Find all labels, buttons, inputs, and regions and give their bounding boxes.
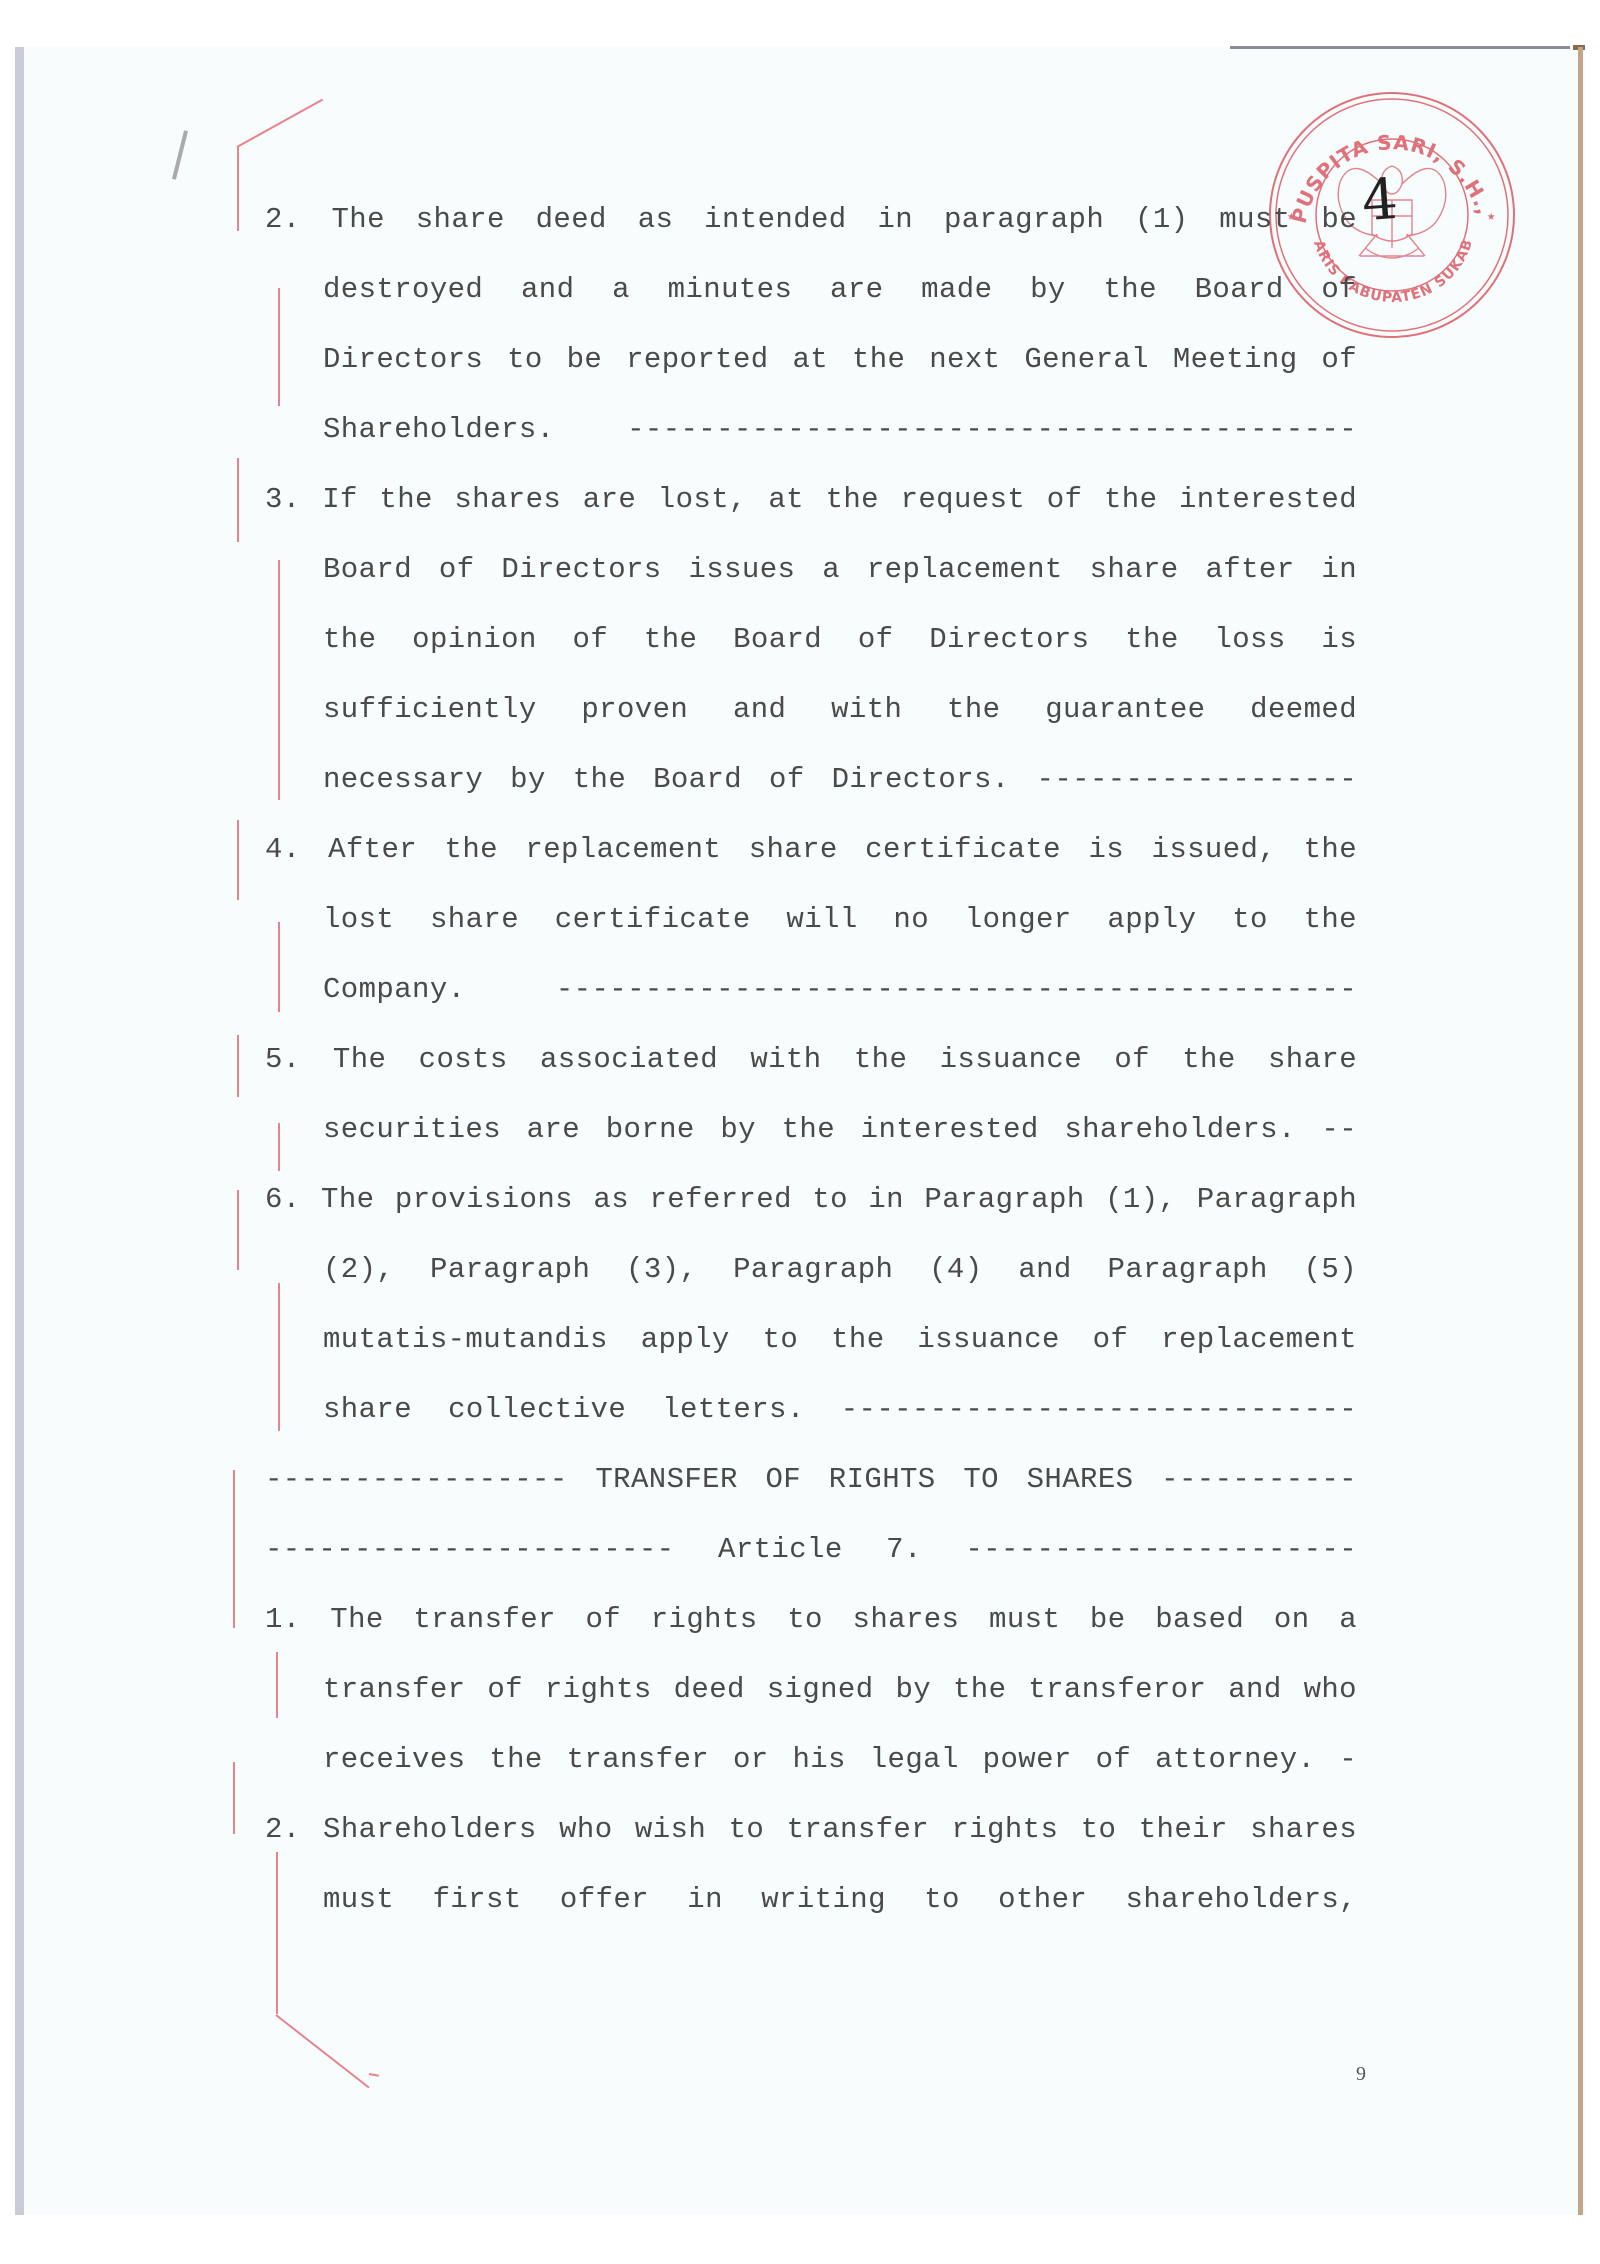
text-line: sufficiently proven and with the guarant…	[323, 693, 1357, 727]
text-line: Shareholders. --------------------------…	[323, 413, 1357, 447]
text-line: 2. The share deed as intended in paragra…	[265, 203, 1357, 237]
margin-mark	[278, 1123, 280, 1171]
text-line: lost share certificate will no longer ap…	[323, 903, 1357, 937]
text-line: 2. Shareholders who wish to transfer rig…	[265, 1813, 1357, 1847]
text-line: Company. -------------------------------…	[323, 973, 1357, 1007]
svg-text:★: ★	[1487, 209, 1496, 225]
margin-mark	[276, 1852, 278, 2014]
text-line: 6. The provisions as referred to in Para…	[265, 1183, 1357, 1217]
text-line: receives the transfer or his legal power…	[323, 1743, 1357, 1777]
text-line: 5. The costs associated with the issuanc…	[265, 1043, 1357, 1077]
text-line: share collective letters. --------------…	[323, 1393, 1357, 1427]
margin-mark	[237, 1190, 239, 1270]
margin-mark	[278, 1283, 280, 1431]
page-number: 9	[1356, 2063, 1366, 2086]
text-line: destroyed and a minutes are made by the …	[323, 273, 1357, 307]
page-left-edge	[15, 47, 24, 2215]
margin-mark	[237, 458, 239, 542]
text-line: must first offer in writing to other sha…	[323, 1883, 1357, 1917]
text-line: Directors to be reported at the next Gen…	[323, 343, 1357, 377]
text-line: the opinion of the Board of Directors th…	[323, 623, 1357, 657]
margin-mark	[237, 820, 239, 900]
text-line: transfer of rights deed signed by the tr…	[323, 1673, 1357, 1707]
margin-mark	[233, 1470, 235, 1628]
handwritten-page-mark: 4	[1360, 167, 1400, 234]
text-line: 1. The transfer of rights to shares must…	[265, 1603, 1357, 1637]
text-line: 3. If the shares are lost, at the reques…	[265, 483, 1357, 517]
page-right-edge	[1578, 47, 1583, 2215]
text-line: 4. After the replacement share certifica…	[265, 833, 1357, 867]
text-line: Board of Directors issues a replacement …	[323, 553, 1357, 587]
text-line: securities are borne by the interested s…	[323, 1113, 1357, 1147]
text-line: ----------------- TRANSFER OF RIGHTS TO …	[265, 1463, 1357, 1497]
margin-mark	[276, 1652, 278, 1718]
margin-mark	[237, 1035, 239, 1097]
margin-mark	[278, 922, 280, 1012]
text-line: (2), Paragraph (3), Paragraph (4) and Pa…	[323, 1253, 1357, 1287]
margin-mark	[233, 1762, 235, 1834]
margin-mark	[237, 146, 239, 231]
margin-mark	[278, 288, 280, 406]
text-line: necessary by the Board of Directors. ---…	[323, 763, 1357, 797]
text-line: mutatis-mutandis apply to the issuance o…	[323, 1323, 1357, 1357]
page-top-edge	[1230, 46, 1570, 49]
margin-mark	[278, 560, 280, 800]
text-line: ----------------------- Article 7. -----…	[265, 1533, 1357, 1567]
